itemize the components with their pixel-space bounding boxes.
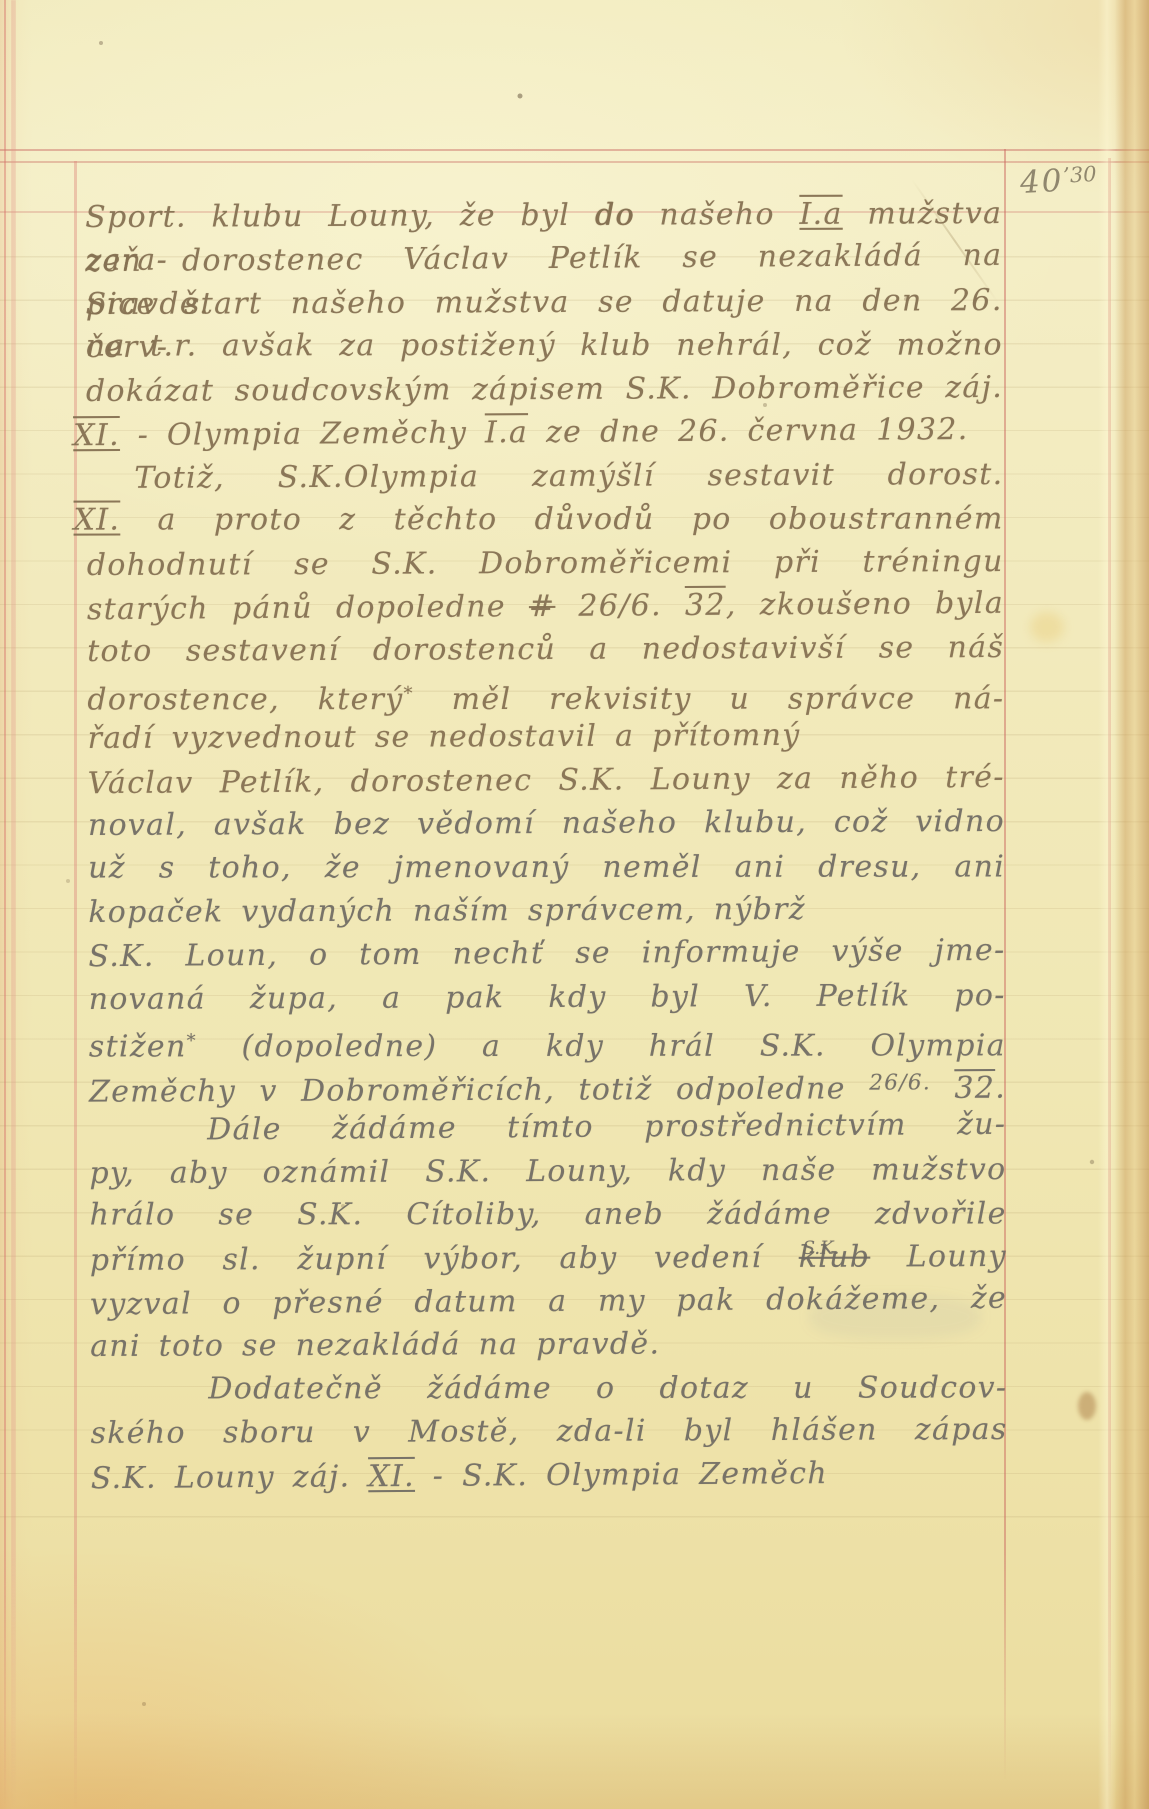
paper-specks (0, 0, 2, 2)
paper-edge-highlight (1098, 0, 1116, 1809)
manuscript-page: 40’30 Sport. klubu Louny, že byl do naše… (0, 0, 1149, 1809)
manuscript-line-7: Totiž, S.K.Olympia zamýšlí sestavit doro… (86, 453, 1003, 500)
manuscript-line-29: ského sboru v Mostě, zda-li byl hlášen z… (90, 1408, 1007, 1455)
left-edge-line-outer (4, 0, 6, 1809)
manuscript-line-4: na t.r. avšak za postižený klub nehrál, … (86, 324, 1003, 369)
inserted-word-above: S.K. (803, 1227, 840, 1271)
manuscript-line-20: stižen* (dopoledne) a kdy hrál S.K. Olym… (89, 1019, 1006, 1064)
manuscript-line-15: noval, avšak bez vědomí našeho klubu, co… (88, 800, 1005, 847)
manuscript-line-14: Václav Petlík, dorostenec S.K. Louny za … (88, 755, 1005, 805)
manuscript-line-21: Zeměchy v Dobroměřicích, totiž odpoledne… (89, 1061, 1006, 1108)
brown-stain (1078, 1392, 1096, 1420)
page-number: 40’30 (1019, 161, 1098, 201)
manuscript-line-25: přímo sl. župní výbor, aby vedení S.K.kl… (90, 1234, 1007, 1281)
manuscript-line-28: Dodatečně žádáme o dotaz u Soudcov- (90, 1366, 1007, 1411)
manuscript-line-8: XI. a proto z těchto důvodů po oboustran… (74, 498, 1004, 543)
paper-edge-shadow (1115, 0, 1149, 1809)
manuscript-line-17: kopaček vydaných naším správcem, nýbrž (88, 887, 1005, 934)
manuscript-line-6: XI. - Olympia Zeměchy I.a ze dne 26. čer… (73, 408, 1003, 458)
manuscript-line-3: Sice start našeho mužstva se datuje na d… (86, 279, 1003, 326)
manuscript-line-27: ani toto se nezakládá na pravdě. (90, 1321, 1007, 1368)
manuscript-line-10: starých pánů dopoledne # 26/6. 32, zkouš… (87, 582, 1004, 632)
manuscript-line-11: toto sestavení dorostenců a nedostavivší… (87, 626, 1004, 673)
manuscript-line-12: dorostence, který* měl rekvisity u správ… (87, 671, 1004, 716)
manuscript-line-24: hrálo se S.K. Cítoliby, aneb žádáme zdvo… (90, 1192, 1007, 1237)
left-margin-line (74, 161, 77, 1809)
yellow-stain (1030, 612, 1064, 642)
manuscript-line-5: dokázat soudcovským zápisem S.K. Dobromě… (86, 366, 1003, 413)
manuscript-line-22: Dále žádáme tímto prostřednictvím žu- (89, 1103, 1006, 1153)
left-edge-line-inner (11, 0, 16, 1809)
manuscript-line-18: S.K. Loun, o tom nechť se informuje výše… (88, 929, 1005, 979)
manuscript-line-13: řadí vyzvednout se nedostavil a přítomný (87, 713, 1004, 760)
manuscript-line-23: py, aby oznámil S.K. Louny, kdy naše muž… (89, 1148, 1006, 1195)
top-rule-line-2 (0, 161, 1149, 163)
page-number-main: 40 (1019, 163, 1064, 201)
handwritten-text-block: Sport. klubu Louny, že byl do našeho I.a… (85, 192, 1008, 1499)
top-rule-line-1 (0, 149, 1149, 151)
manuscript-line-1: Sport. klubu Louny, že byl do našeho I.a… (85, 192, 1002, 239)
manuscript-line-26: vyzval o přesné datum a my pak dokážeme,… (90, 1277, 1007, 1327)
manuscript-line-16: už s toho, že jmenovaný neměl ani dresu,… (88, 845, 1005, 890)
manuscript-line-2: zen dorostenec Václav Petlík se nezaklád… (85, 234, 1002, 284)
manuscript-line-9: dohodnutí se S.K. Dobroměřicemi při trén… (87, 540, 1004, 587)
manuscript-line-30: S.K. Louny záj. XI. - S.K. Olympia Zeměc… (91, 1450, 1008, 1500)
corrected-word: S.K.klub (799, 1239, 871, 1274)
page-number-superscript: ’30 (1063, 162, 1098, 188)
manuscript-line-19: novaná župa, a pak kdy byl V. Petlík po- (89, 974, 1006, 1021)
